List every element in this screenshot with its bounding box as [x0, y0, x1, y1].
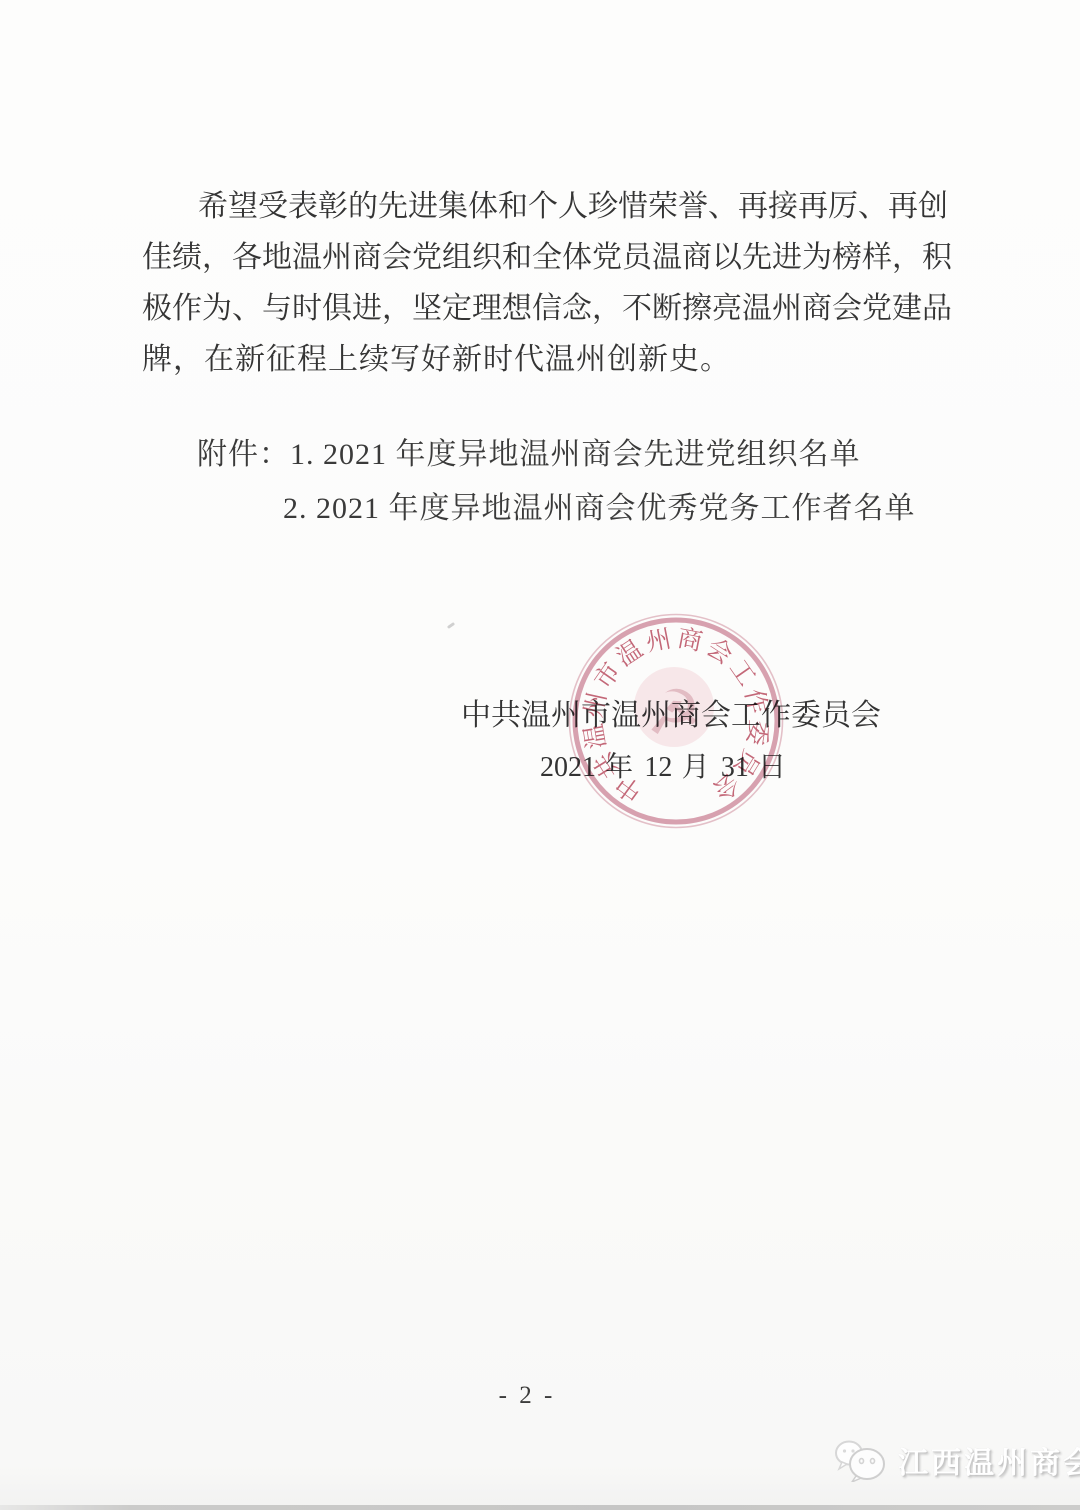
paragraph-line: 牌，在新征程上续写好新时代温州创新史。	[142, 334, 925, 385]
source-watermark: 江西温州商会	[834, 1438, 1080, 1482]
attachment-item-1: 附件：1. 2021 年度异地温州商会先进党组织名单	[142, 428, 925, 482]
paragraph-line: 希望受表彰的先进集体和个人珍惜荣誉、再接再厉、再创	[142, 181, 925, 232]
paragraph-line: 佳绩，各地温州商会党组织和全体党员温商以先进为榜样，积	[142, 232, 925, 283]
scan-speck	[447, 622, 455, 629]
page-number: - 2 -	[467, 1382, 587, 1410]
attachment-list: 附件：1. 2021 年度异地温州商会先进党组织名单 2. 2021 年度异地温…	[142, 428, 925, 536]
document-page: 希望受表彰的先进集体和个人珍惜荣誉、再接再厉、再创 佳绩，各地温州商会党组织和全…	[0, 0, 1080, 1510]
photo-bottom-edge	[0, 1505, 1080, 1510]
watermark-label: 江西温州商会	[898, 1438, 1080, 1482]
paragraph-line: 极作为、与时俱进，坚定理想信念，不断擦亮温州商会党建品	[142, 283, 925, 334]
body-paragraph: 希望受表彰的先进集体和个人珍惜荣誉、再接再厉、再创 佳绩，各地温州商会党组织和全…	[142, 181, 925, 385]
wechat-icon	[834, 1438, 888, 1482]
official-seal: ☭ 中共温州市温州商会工作委员会	[561, 606, 791, 836]
attachment-item-2: 2. 2021 年度异地温州商会优秀党务工作者名单	[142, 482, 925, 536]
seal-emblem-icon: ☭	[646, 676, 702, 749]
